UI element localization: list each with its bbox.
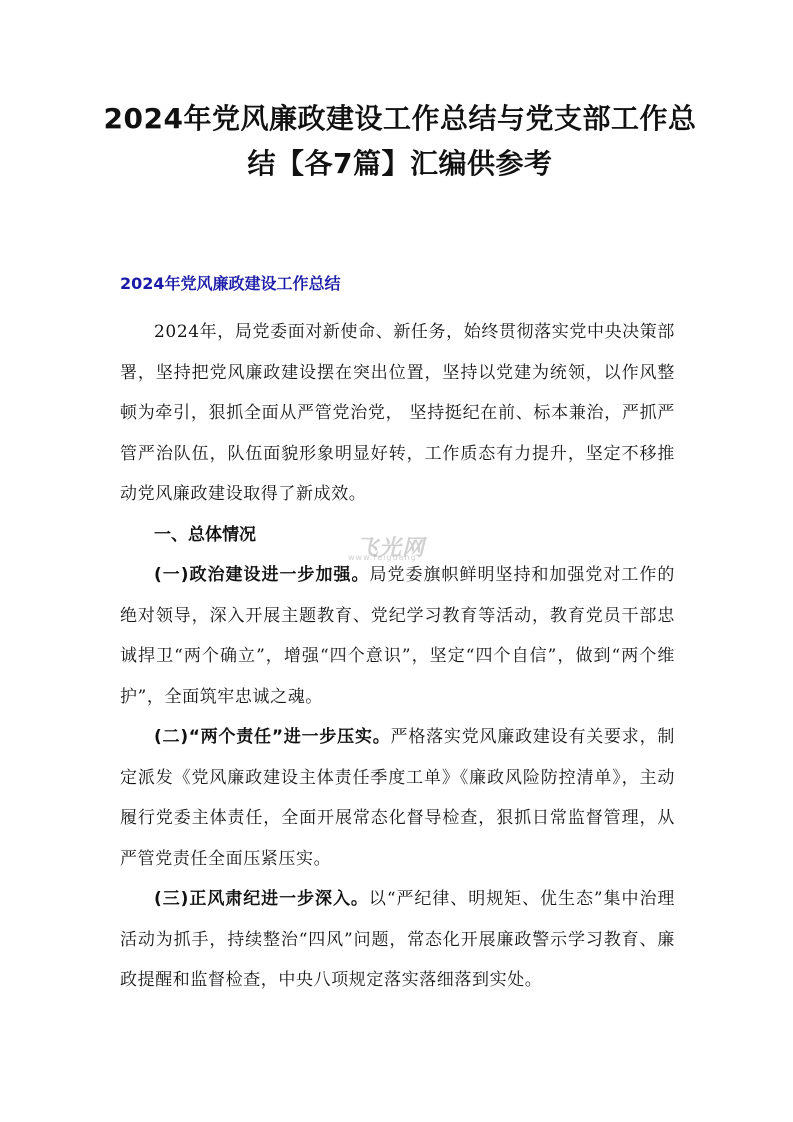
item-text-2: 严格落实党风廉政建设有关要求，制定派发《党风廉政建设主体责任季度工单》《廉政风险… (120, 727, 675, 869)
item-lead-2: (二)“两个责任”进一步压实。 (154, 727, 391, 747)
item-paragraph-1: (一)政治建设进一步加强。局党委旗帜鲜明坚持和加强党对工作的绝对领导，深入开展主… (120, 555, 675, 717)
item-lead-3: (三)正风肃纪进一步深入。 (154, 889, 369, 909)
intro-paragraph: 2024年，局党委面对新使命、新任务，始终贯彻落实党中央决策部署，坚持把党风廉政… (120, 312, 675, 515)
item-paragraph-3: (三)正风肃纪进一步深入。以“严纪律、明规矩、优生态”集中治理活动为抓手，持续整… (120, 879, 675, 1001)
section-heading: 2024年党风廉政建设工作总结 (120, 272, 341, 296)
part-heading: 一、总体情况 (120, 515, 675, 556)
item-text-1: 局党委旗帜鲜明坚持和加强党对工作的绝对领导，深入开展主题教育、党纪学习教育等活动… (120, 565, 675, 707)
document-page: 2024年党风廉政建设工作总结与党支部工作总结【各7篇】汇编供参考 2024年党… (0, 0, 793, 1122)
document-body: 2024年，局党委面对新使命、新任务，始终贯彻落实党中央决策部署，坚持把党风廉政… (120, 312, 675, 1001)
item-lead-1: (一)政治建设进一步加强。 (154, 565, 369, 585)
item-paragraph-2: (二)“两个责任”进一步压实。严格落实党风廉政建设有关要求，制定派发《党风廉政建… (120, 717, 675, 879)
document-title: 2024年党风廉政建设工作总结与党支部工作总结【各7篇】汇编供参考 (100, 96, 700, 186)
